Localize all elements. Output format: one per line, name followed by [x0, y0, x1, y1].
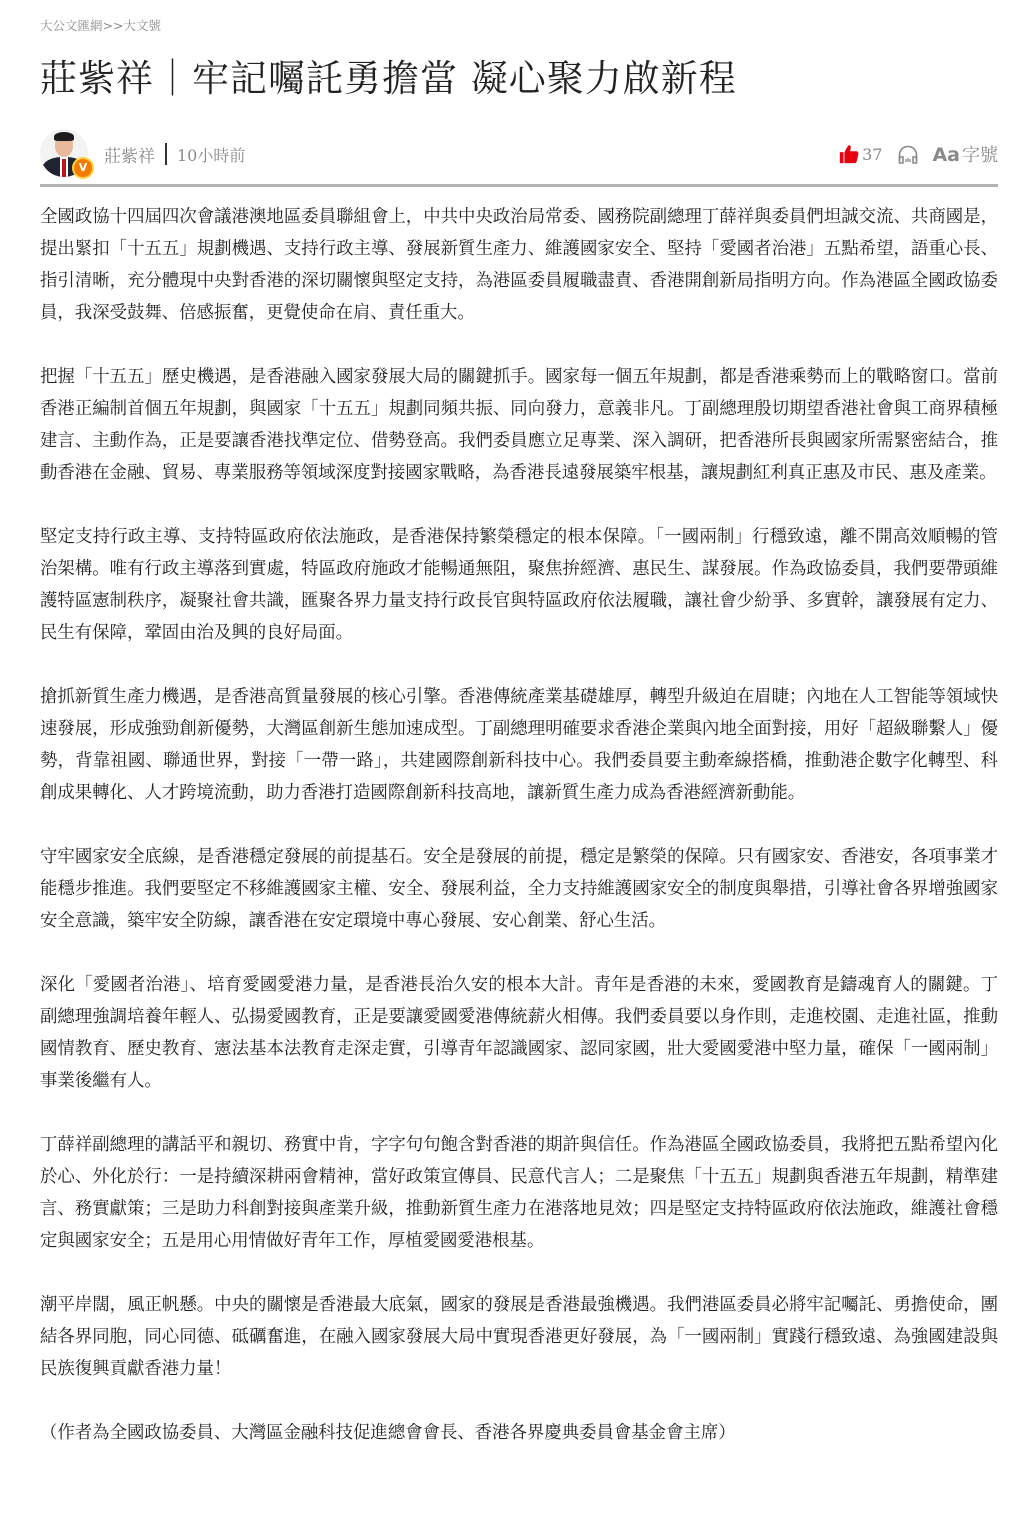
article-body: 全國政協十四屆四次會議港澳地區委員聯組會上，中共中央政治局常委、國務院副總理丁薛…: [40, 201, 998, 1449]
verified-badge-icon: V: [72, 157, 94, 179]
article-paragraph-5: 守牢國家安全底線，是香港穩定發展的前提基石。安全是發展的前提，穩定是繁榮的保障。…: [40, 841, 998, 937]
author-name-link[interactable]: 莊紫祥: [104, 142, 155, 167]
article-toolbar: 37 Aa 字號: [838, 141, 998, 167]
avatar[interactable]: V: [40, 129, 88, 177]
article-page: 大公文匯網>>大文號 莊紫祥｜牢記囑託勇擔當 凝心聚力啟新程 V 莊紫祥 10小…: [0, 0, 1019, 1449]
breadcrumb-home-link[interactable]: 大公文匯網: [40, 18, 103, 33]
publish-time: 10小時前: [177, 143, 245, 166]
breadcrumb: 大公文匯網>>大文號: [40, 0, 998, 36]
article-meta-bar: V 莊紫祥 10小時前 37 Aa 字號: [40, 124, 998, 187]
article-paragraph-4: 搶抓新質生產力機遇，是香港高質量發展的核心引擎。香港傳統產業基礎雄厚，轉型升級迫…: [40, 681, 998, 809]
article-paragraph-6: 深化「愛國者治港」、培育愛國愛港力量，是香港長治久安的根本大計。青年是香港的未來…: [40, 969, 998, 1097]
like-button[interactable]: 37: [838, 143, 896, 165]
article-paragraph-7: 丁薛祥副總理的講話平和親切、務實中肯，字字句句飽含對香港的期許與信任。作為港區全…: [40, 1129, 998, 1257]
like-count: 37: [862, 145, 882, 164]
headphones-icon[interactable]: [896, 142, 920, 166]
article-paragraph-2: 把握「十五五」歷史機遇，是香港融入國家發展大局的關鍵抓手。國家每一個五年規劃，都…: [40, 361, 998, 489]
meta-divider: [165, 143, 167, 165]
breadcrumb-section-link[interactable]: 大文號: [123, 18, 161, 33]
font-size-button[interactable]: Aa 字號: [932, 141, 998, 167]
author-note: （作者為全國政協委員、大灣區金融科技促進總會會長、香港各界慶典委員會基金會主席）: [40, 1417, 998, 1449]
font-size-label: 字號: [962, 141, 998, 167]
thumbs-up-icon: [838, 143, 860, 165]
article-paragraph-8: 潮平岸闊，風正帆懸。中央的關懷是香港最大底氣，國家的發展是香港最強機遇。我們港區…: [40, 1289, 998, 1385]
font-size-icon: Aa: [932, 144, 960, 166]
article-title: 莊紫祥｜牢記囑託勇擔當 凝心聚力啟新程: [40, 56, 998, 102]
article-paragraph-3: 堅定支持行政主導、支持特區政府依法施政，是香港保持繁榮穩定的根本保障。「一國兩制…: [40, 521, 998, 649]
breadcrumb-separator: >>: [103, 18, 124, 33]
article-paragraph-1: 全國政協十四屆四次會議港澳地區委員聯組會上，中共中央政治局常委、國務院副總理丁薛…: [40, 201, 998, 329]
